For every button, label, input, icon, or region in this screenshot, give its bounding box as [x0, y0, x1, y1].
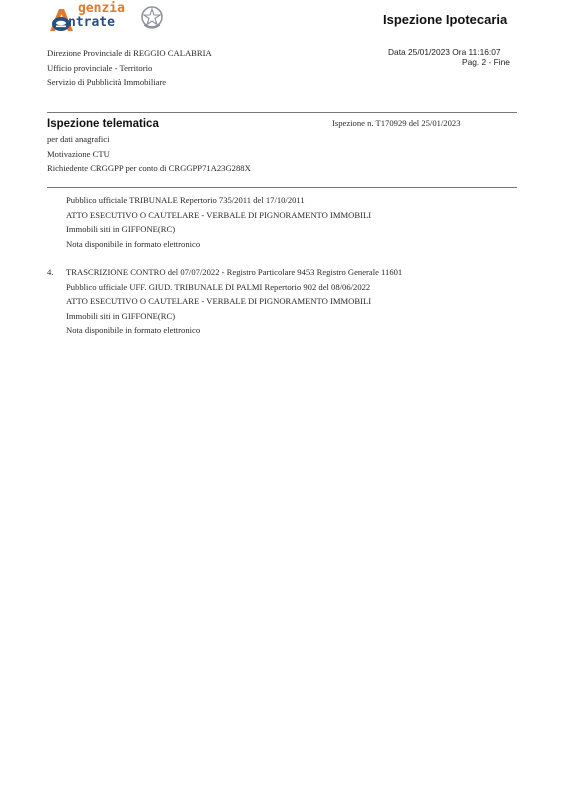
entry-line: Pubblico ufficiale UFF. GIUD. TRIBUNALE … [66, 280, 402, 295]
list-item: Pubblico ufficiale TRIBUNALE Repertorio … [66, 193, 371, 251]
office-info: Direzione Provinciale di REGGIO CALABRIA… [47, 46, 212, 90]
inspection-motivation: Motivazione CTU [47, 147, 251, 162]
inspection-requester: Richiedente CRGGPP per conto di CRGGPP71… [47, 161, 251, 176]
document-title: Ispezione Ipotecaria [383, 12, 507, 27]
office-directorate: Direzione Provinciale di REGGIO CALABRIA [47, 46, 212, 61]
inspection-title: Ispezione telematica [47, 118, 159, 130]
inspection-type: per dati anagrafici [47, 132, 251, 147]
office-unit: Ufficio provinciale - Territorio [47, 61, 212, 76]
entry-line: Pubblico ufficiale TRIBUNALE Repertorio … [66, 193, 371, 208]
republic-emblem-icon [140, 5, 164, 31]
entry-line: TRASCRIZIONE CONTRO del 07/07/2022 - Reg… [66, 265, 402, 280]
inspection-details: per dati anagrafici Motivazione CTU Rich… [47, 132, 251, 176]
entry-number: 4. [47, 265, 53, 280]
list-item: TRASCRIZIONE CONTRO del 07/07/2022 - Reg… [66, 265, 402, 338]
entry-line: Nota disponibile in formato elettronico [66, 237, 371, 252]
page-indicator: Pag. 2 - Fine [462, 57, 510, 67]
office-service: Servizio di Pubblicità Immobiliare [47, 75, 212, 90]
date-time: Data 25/01/2023 Ora 11:16:07 [388, 47, 501, 57]
entry-line: ATTO ESECUTIVO O CAUTELARE - VERBALE DI … [66, 294, 402, 309]
logo-text-genzia: genzia [68, 2, 125, 16]
entry-line: ATTO ESECUTIVO O CAUTELARE - VERBALE DI … [66, 208, 371, 223]
divider-top [47, 112, 517, 113]
entry-line: Nota disponibile in formato elettronico [66, 323, 402, 338]
inspection-number: Ispezione n. T170929 del 25/01/2023 [332, 116, 461, 131]
logo-text-ntrate: ntrate [68, 16, 125, 30]
entry-line: Immobili siti in GIFFONE(RC) [66, 222, 371, 237]
divider-bottom [47, 187, 517, 188]
agenzia-entrate-logo: genzia ntrate [46, 3, 164, 35]
entry-line: Immobili siti in GIFFONE(RC) [66, 309, 402, 324]
